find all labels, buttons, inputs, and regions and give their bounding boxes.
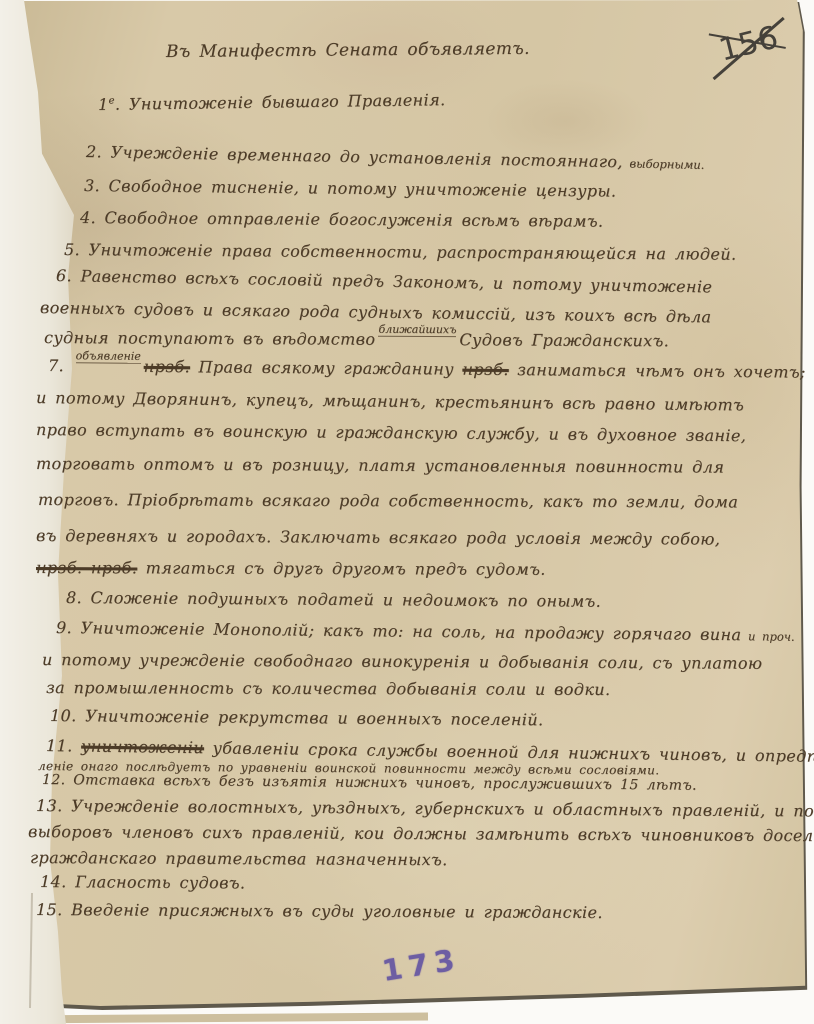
manuscript-line-text: за промышленность съ количества добывані… [46, 678, 611, 699]
manuscript-line-text: 5. Уничтоженіе права собственности, расп… [64, 240, 737, 264]
manuscript-line-text: 13. Учрежденіе волостныхъ, уѣздныхъ, губ… [36, 796, 814, 821]
manuscript-line: 7. объявленіенрзб. Права всякому граждан… [48, 356, 806, 382]
manuscript-line-text: Права всякому гражданину [190, 357, 462, 378]
manuscript-line: 15. Введеніе присяжныхъ въ суды уголовны… [36, 900, 603, 922]
manuscript-line: выборовъ членовъ сихъ правленій, кои дол… [28, 822, 814, 845]
crossed-out-word: нрзб. [462, 360, 509, 379]
manuscript-line: военныхъ судовъ и всякаго рода судныхъ к… [40, 298, 712, 326]
manuscript-line: нрзб. нрзб. тягаться съ другъ другомъ пр… [36, 558, 546, 579]
manuscript-line: 9. Уничтоженіе Монополій; какъ то: на со… [56, 618, 795, 645]
manuscript-line: 5. Уничтоженіе права собственности, расп… [64, 240, 737, 264]
manuscript-line-text: 8. Сложеніе подушныхъ податей и недоимок… [66, 588, 601, 611]
manuscript-line-text: гражданскаго правительства назначенныхъ. [30, 848, 448, 869]
manuscript-line: за промышленность съ количества добывані… [46, 678, 611, 699]
manuscript-line: торговъ. Пріобрѣтать всякаго рода собств… [38, 490, 738, 511]
manuscript-line-text: . Уничтоженіе бывшаго Правленія. [115, 90, 446, 114]
manuscript-line: торговать оптомъ и въ розницу, платя уст… [36, 454, 724, 477]
manuscript-text: Въ Манифестѣ Сената объявляетъ. 1е. Унич… [0, 0, 814, 1024]
manuscript-line-text: торговъ. Пріобрѣтать всякаго рода собств… [38, 490, 738, 511]
manuscript-line-text: и потому Дворянинъ, купецъ, мѣщанинъ, кр… [36, 388, 744, 414]
manuscript-line: и потому учрежденіе свободнаго винокурен… [42, 650, 763, 673]
manuscript-line: 4. Свободное отправленіе богослуженія вс… [80, 208, 604, 231]
manuscript-line-text: 6. Равенство всѣхъ сословій предъ Законо… [56, 266, 713, 296]
document-title: Въ Манифестѣ Сената объявляетъ. [166, 39, 530, 62]
manuscript-line-text: 15. Введеніе присяжныхъ въ суды уголовны… [36, 900, 603, 922]
manuscript-line: 2. Учрежденіе временнаго до установленія… [86, 142, 705, 173]
manuscript-line: 3. Свободное тисненіе, и потому уничтоже… [84, 176, 617, 201]
manuscript-line: гражданскаго правительства назначенныхъ. [30, 848, 448, 869]
manuscript-line: 6. Равенство всѣхъ сословій предъ Законо… [56, 266, 713, 296]
manuscript-line-text: судныя поступаютъ въ вѣдомство [44, 328, 376, 349]
interlinear-insertion: объявленіе [76, 349, 141, 364]
manuscript-line-text: 3. Свободное тисненіе, и потому уничтоже… [84, 176, 617, 201]
manuscript-line-text: 4. Свободное отправленіе богослуженія вс… [80, 208, 604, 231]
manuscript-line-text: заниматься чѣмъ онъ хочетъ; [509, 360, 806, 382]
interlinear-insertion: ближайшихъ [378, 323, 456, 337]
manuscript-line: 1е. Уничтоженіе бывшаго Правленія. [98, 90, 446, 114]
manuscript-line-text: въ деревняхъ и городахъ. Заключать всяка… [36, 526, 720, 549]
manuscript-line: 14. Гласность судовъ. [40, 872, 246, 892]
manuscript-line: 8. Сложеніе подушныхъ податей и недоимок… [66, 588, 601, 611]
manuscript-line-text: 9. Уничтоженіе Монополій; какъ то: на со… [56, 618, 742, 644]
manuscript-line-text: 2. Учрежденіе временнаго до установленія… [86, 142, 623, 171]
crossed-out-word: нрзб. нрзб. [36, 558, 137, 577]
manuscript-line: право вступать въ воинскую и гражданскую… [36, 420, 746, 445]
manuscript-line-text: 11. [46, 736, 81, 755]
manuscript-line-text: 1 [98, 95, 109, 114]
crossed-out-word: уничтоженіи [81, 736, 204, 757]
manuscript-line: въ деревняхъ и городахъ. Заключать всяка… [36, 526, 720, 549]
manuscript-line-text: Судовъ Гражданскихъ. [459, 330, 669, 350]
manuscript-line-text: выборовъ членовъ сихъ правленій, кои дол… [28, 822, 814, 845]
manuscript-line-text: торговать оптомъ и въ розницу, платя уст… [36, 454, 724, 477]
manuscript-line-text: и потому учрежденіе свободнаго винокурен… [42, 650, 763, 673]
manuscript-line: и потому Дворянинъ, купецъ, мѣщанинъ, кр… [36, 388, 744, 414]
manuscript-line-text: 14. Гласность судовъ. [40, 872, 246, 892]
crossed-out-word: нрзб. [144, 357, 191, 376]
manuscript-line-text: и проч. [741, 629, 794, 644]
manuscript-line-text: военныхъ судовъ и всякаго рода судныхъ к… [40, 298, 712, 326]
manuscript-line-text: выборными. [623, 156, 705, 172]
manuscript-line-text: тягаться съ другъ другомъ предъ судомъ. [137, 558, 546, 578]
manuscript-line: 13. Учрежденіе волостныхъ, уѣздныхъ, губ… [36, 796, 814, 821]
manuscript-line-text: 10. Уничтоженіе рекрутства и военныхъ по… [50, 706, 544, 729]
manuscript-line: 10. Уничтоженіе рекрутства и военныхъ по… [50, 706, 544, 729]
manuscript-line-text: 7. [48, 356, 73, 375]
manuscript-line: судныя поступаютъ въ вѣдомствоближайшихъ… [44, 328, 669, 350]
manuscript-line-text: право вступать въ воинскую и гражданскую… [36, 420, 746, 445]
